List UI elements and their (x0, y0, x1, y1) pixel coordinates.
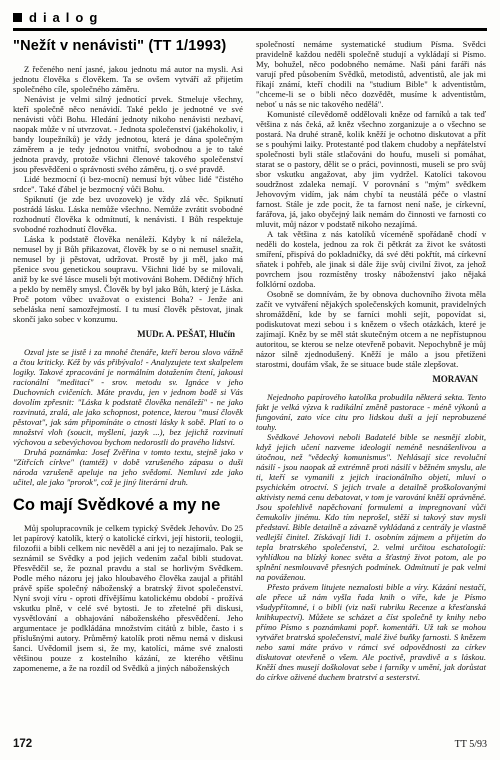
square-bullet-icon (13, 13, 22, 22)
editor-reply-paragraph: Druhá poznámka: Josef Zvěřina v tomto te… (13, 447, 243, 487)
paragraph: Z řečeného není jasné, jakou jednotu má … (13, 64, 243, 94)
paragraph: společností nemáme systematické studium … (256, 39, 486, 109)
editor-reply-paragraph: Nejednoho papírového katolíka probudila … (256, 392, 486, 432)
author-signature: MORAVAN (256, 374, 486, 384)
masthead-label: dialog (29, 10, 103, 25)
paragraph: Můj spolupracovník je celkem typický Svě… (13, 523, 243, 673)
paragraph: Nenávist je velmi silný jednotící prvek.… (13, 94, 243, 174)
section-title: Co mají Svědkové a my ne (13, 497, 243, 514)
magazine-page: dialog "Nežít v nenávisti" (TT 1/1993) Z… (0, 0, 500, 760)
article-title: "Nežít v nenávisti" (TT 1/1993) (13, 39, 243, 55)
left-column: "Nežít v nenávisti" (TT 1/1993) Z řečené… (13, 39, 243, 682)
page-number: 172 (13, 738, 32, 750)
paragraph: Láska k podstatě člověka nenáleží. Kdyby… (13, 234, 243, 324)
paragraph: Lidé bezmocní (i bez-mocní) nemusí být v… (13, 174, 243, 194)
right-column: společností nemáme systematické studium … (256, 39, 486, 682)
editor-reply-paragraph: Přesto právem litujete neznalosti bible … (256, 582, 486, 682)
paragraph: Spiknutí (je zde bez uvozovek) je vždy z… (13, 194, 243, 234)
paragraph: A tak většina z nás katolíků víceméně sp… (256, 229, 486, 289)
editor-reply-paragraph: Svědkové Jehovovi neboli Badatelé bible … (256, 432, 486, 582)
page-footer: 172 TT 5/93 (13, 738, 487, 750)
editor-reply-paragraph: Ozval jste se jistě i za mnohé čtenáře, … (13, 347, 243, 447)
masthead: dialog (13, 10, 487, 24)
paragraph: Komunisté cílevědomě oddělovali kněze od… (256, 109, 486, 229)
header-rule (13, 28, 487, 31)
paragraph: Osobně se domnívám, že by obnova duchovn… (256, 289, 486, 369)
column-layout: "Nežít v nenávisti" (TT 1/1993) Z řečené… (13, 39, 487, 682)
author-signature: MUDr. A. PEŠAT, Hlučín (13, 329, 243, 339)
issue-label: TT 5/93 (455, 739, 487, 750)
